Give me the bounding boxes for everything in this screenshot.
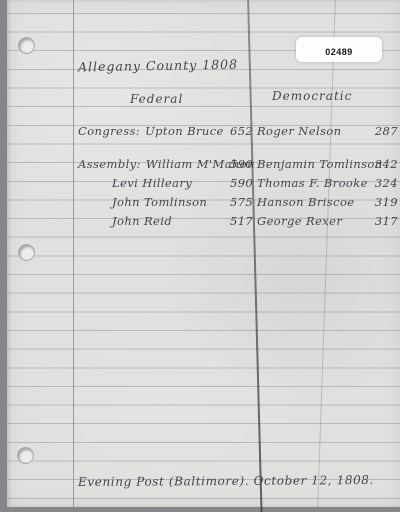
federal-entry: John Tomlinson (78, 195, 207, 209)
federal-candidate: John Tomlinson (112, 195, 207, 209)
result-row-assembly-3: John Tomlinson 575 Hanson Briscoe 319 (78, 195, 398, 211)
scanned-page: 02489 Allegany County 1808 Federal Democ… (0, 0, 400, 512)
page-title: Allegany County 1808 (78, 57, 238, 75)
federal-entry: Levi Hilleary (78, 176, 192, 190)
catalog-label: 02489 (296, 37, 382, 62)
ruled-lines (7, 0, 400, 507)
source-citation: Evening Post (Baltimore). October 12, 18… (78, 473, 374, 489)
federal-votes: 590 (230, 157, 253, 171)
punch-hole-middle (18, 244, 35, 261)
democratic-votes: 319 (366, 195, 398, 209)
democratic-votes: 342 (366, 157, 398, 171)
democratic-candidate: George Rexer (257, 214, 342, 228)
federal-votes: 517 (230, 214, 253, 228)
federal-votes: 575 (230, 195, 253, 209)
notebook-paper: 02489 Allegany County 1808 Federal Democ… (7, 0, 400, 507)
column-header-democratic: Democratic (272, 89, 352, 103)
democratic-candidate: Thomas F. Brooke (257, 176, 368, 190)
democratic-candidate: Hanson Briscoe (257, 195, 354, 209)
democratic-candidate: Roger Nelson (257, 124, 341, 138)
margin-line (73, 0, 74, 507)
result-row-assembly-4: John Reid 517 George Rexer 317 (78, 214, 398, 230)
democratic-votes: 317 (366, 214, 398, 228)
office-label: Congress: (78, 124, 140, 138)
federal-entry: John Reid (78, 214, 172, 228)
democratic-votes: 324 (366, 176, 398, 190)
result-row-assembly-2: Levi Hilleary 590 Thomas F. Brooke 324 (78, 176, 398, 192)
office-label: Assembly: (78, 157, 141, 171)
democratic-votes: 287 (366, 124, 398, 138)
column-header-federal: Federal (130, 92, 183, 106)
federal-candidate: Upton Bruce (145, 124, 224, 138)
federal-candidate: Levi Hilleary (112, 176, 192, 190)
federal-votes: 652 (230, 124, 253, 138)
federal-entry: Assembly:William M'Mahon (78, 157, 255, 171)
federal-entry: Congress:Upton Bruce (78, 124, 224, 138)
federal-votes: 590 (230, 176, 253, 190)
punch-hole-bottom (17, 447, 34, 464)
result-row-congress: Congress:Upton Bruce 652 Roger Nelson 28… (78, 124, 398, 140)
punch-hole-top (18, 37, 35, 54)
democratic-candidate: Benjamin Tomlinson (257, 157, 383, 171)
catalog-number: 02489 (325, 47, 353, 57)
result-row-assembly-1: Assembly:William M'Mahon 590 Benjamin To… (78, 157, 398, 173)
federal-candidate: John Reid (112, 214, 172, 228)
